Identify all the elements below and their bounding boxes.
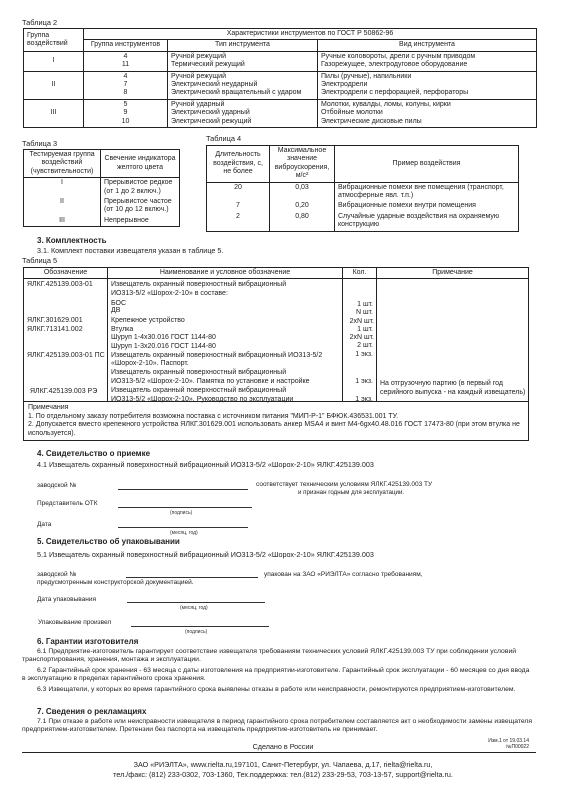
serial-number-field[interactable] bbox=[118, 489, 248, 490]
table-row: 200,03Вибрационные помехи вне помещения … bbox=[207, 182, 519, 201]
table-row: II 478 Ручной режущийЭлектрический неуда… bbox=[24, 71, 537, 99]
table3-caption: Таблица 3 bbox=[22, 139, 57, 148]
table4: Длительность воздействия, с, не более Ма… bbox=[206, 145, 519, 232]
section5-text: 5.1 Извещатель охранный поверхностный ви… bbox=[37, 550, 374, 559]
acceptance-date-field[interactable] bbox=[118, 527, 248, 528]
table2: Группа воздействий Характеристики инстру… bbox=[23, 28, 537, 128]
table-row: 70,20Вибрационные помехи внутри помещени… bbox=[207, 201, 519, 211]
made-in-russia: Сделано в России bbox=[0, 742, 566, 751]
table3: Тестируемая группа воздействий (чувствит… bbox=[23, 149, 180, 227]
table-row: I 411 Ручной режущийТермический режущий … bbox=[24, 51, 537, 71]
table2-header-main: Характеристики инструментов по ГОСТ Р 50… bbox=[84, 29, 537, 40]
table4-caption: Таблица 4 bbox=[206, 134, 241, 143]
packing-date-field[interactable] bbox=[127, 602, 265, 603]
section4-title: 4. Свидетельство о приемке bbox=[37, 449, 150, 459]
table2-col: Вид инструмента bbox=[318, 40, 537, 51]
footer-address: ЗАО «РИЭЛТА», www.rielta.ru,197101, Санк… bbox=[0, 760, 566, 769]
section3-text: 3.1. Комплект поставки извещателя указан… bbox=[37, 246, 223, 255]
table5: Обозначение Наименование и условное обоз… bbox=[23, 267, 529, 441]
packer-signature-field[interactable] bbox=[131, 626, 269, 627]
section6-title: 6. Гарантии изготовителя bbox=[37, 637, 138, 647]
table2-caption: Таблица 2 bbox=[22, 18, 57, 27]
table5-note: На отгрузочную партию (в первый год сери… bbox=[380, 380, 526, 397]
table-row: 20,80Случайные ударные воздействия на ох… bbox=[207, 212, 519, 231]
table5-notes: Примечания 1. По отдельному заказу потре… bbox=[24, 402, 529, 441]
table-row: IIIНепрерывное bbox=[24, 216, 180, 227]
table2-header-group: Группа воздействий bbox=[24, 29, 84, 52]
section5-title: 5. Свидетельство об упаковывании bbox=[37, 537, 180, 547]
table2-col: Группа инструментов bbox=[84, 40, 168, 51]
section7-title: 7. Сведения о рекламациях bbox=[37, 707, 146, 717]
table-row: III 5910 Ручной ударныйЭлектрический уда… bbox=[24, 99, 537, 127]
footer-contacts: тел./факс: (812) 233-0302, 703-1360, Тех… bbox=[0, 770, 566, 779]
table-row: IПрерывистое редкое (от 1 до 2 включ.) bbox=[24, 178, 180, 197]
footer-divider bbox=[22, 752, 536, 753]
table-row: IIПрерывистое частое (от 10 до 12 включ.… bbox=[24, 197, 180, 216]
table5-caption: Таблица 5 bbox=[22, 256, 57, 265]
section3-title: 3. Комплектность bbox=[37, 236, 107, 246]
revision-stamp: Изм.1 от 19.03.14 №П00022 bbox=[488, 738, 529, 751]
table2-col: Тип инструмента bbox=[168, 40, 318, 51]
otk-signature-field[interactable] bbox=[118, 507, 252, 508]
table-row: ЯЛКГ.425139.003-01 ЯЛКГ.301629.001 ЯЛКГ.… bbox=[24, 279, 529, 402]
section4-text: 4.1 Извещатель охранный поверхностный ви… bbox=[37, 460, 374, 469]
pack-serial-number-field[interactable] bbox=[126, 577, 258, 578]
